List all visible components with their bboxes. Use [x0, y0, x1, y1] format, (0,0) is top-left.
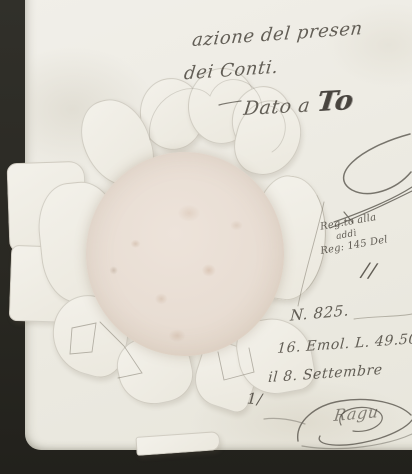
wax-paper-seal — [86, 152, 284, 356]
registration-marks: // — [361, 257, 378, 282]
date-marks: 1/ — [246, 389, 263, 408]
dato-label: Dato a — [242, 94, 311, 120]
seal-mottling — [86, 152, 284, 356]
document-photo: azione del presen dei Conti. Dato a To R… — [0, 0, 412, 474]
place-flourish: To — [315, 85, 355, 118]
handwritten-line-dato: Dato a To — [242, 85, 355, 122]
